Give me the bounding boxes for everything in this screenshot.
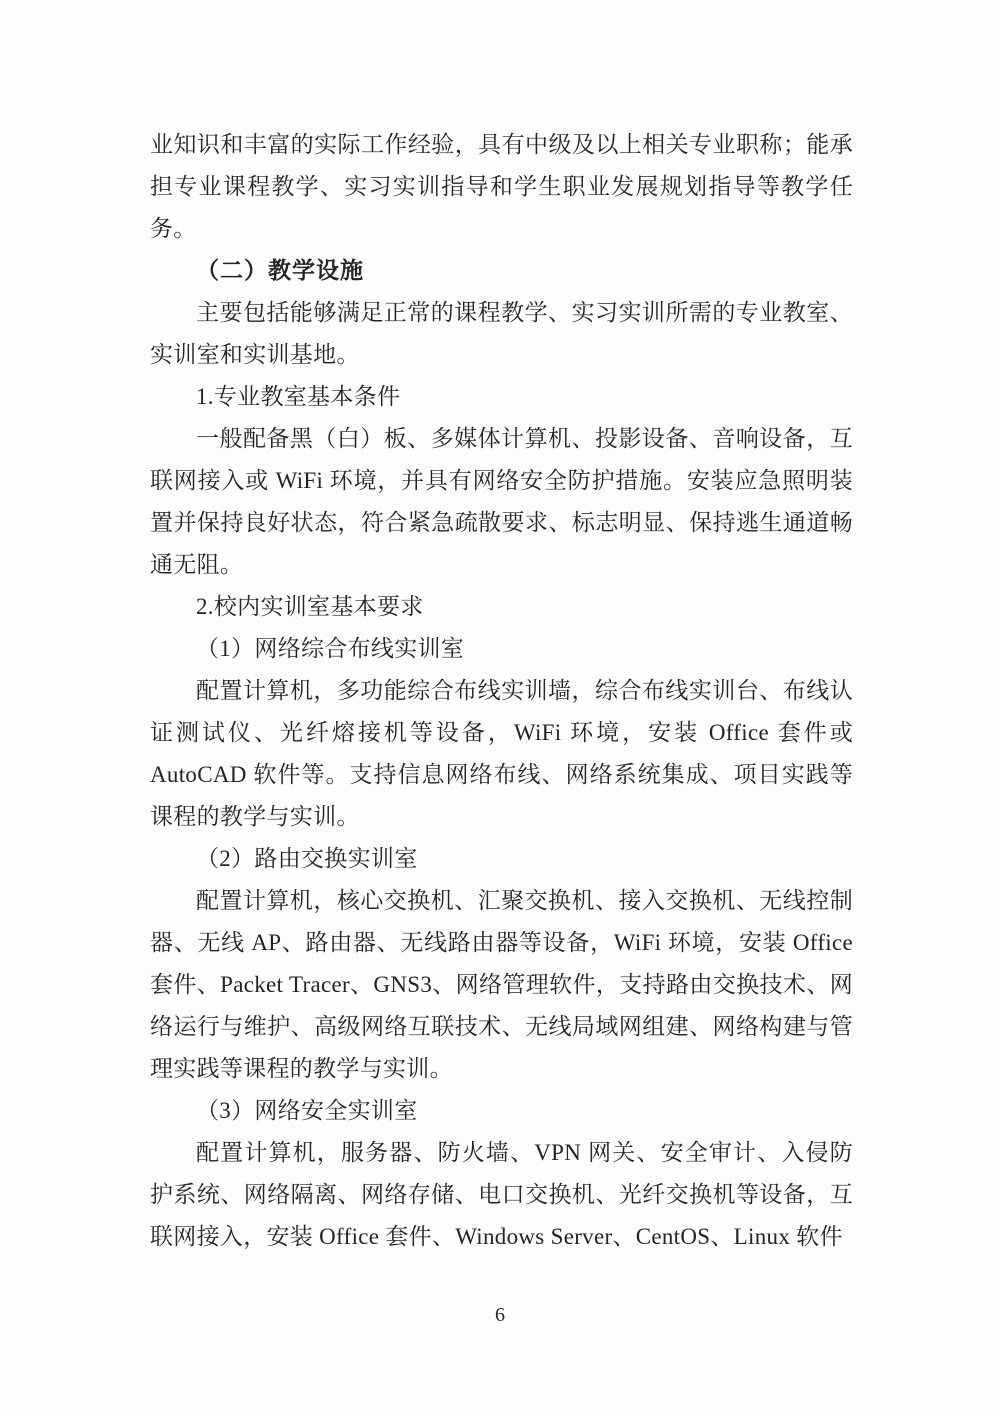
subheading-cabling-lab: （1）网络综合布线实训室 [150, 628, 853, 670]
document-page: 业知识和丰富的实际工作经验，具有中级及以上相关专业职称；能承担专业课程教学、实习… [0, 0, 1000, 1414]
subheading-routing-switching-lab: （2）路由交换实训室 [150, 838, 853, 880]
paragraph: 配置计算机，核心交换机、汇聚交换机、接入交换机、无线控制器、无线 AP、路由器、… [150, 880, 853, 1090]
page-number: 6 [0, 1300, 1000, 1330]
subheading-network-security-lab: （3）网络安全实训室 [150, 1090, 853, 1132]
paragraph-continuation: 业知识和丰富的实际工作经验，具有中级及以上相关专业职称；能承担专业课程教学、实习… [150, 124, 853, 250]
paragraph: 主要包括能够满足正常的课程教学、实习实训所需的专业教室、实训室和实训基地。 [150, 292, 853, 376]
subheading-classroom-conditions: 1.专业教室基本条件 [150, 376, 853, 418]
paragraph: 配置计算机，多功能综合布线实训墙，综合布线实训台、布线认证测试仪、光纤熔接机等设… [150, 670, 853, 838]
page-body-text: 业知识和丰富的实际工作经验，具有中级及以上相关专业职称；能承担专业课程教学、实习… [150, 124, 853, 1258]
paragraph: 配置计算机，服务器、防火墙、VPN 网关、安全审计、入侵防护系统、网络隔离、网络… [150, 1132, 853, 1258]
paragraph: 一般配备黑（白）板、多媒体计算机、投影设备、音响设备，互联网接入或 WiFi 环… [150, 418, 853, 586]
section-heading-teaching-facilities: （二）教学设施 [150, 250, 853, 292]
subheading-training-room-requirements: 2.校内实训室基本要求 [150, 586, 853, 628]
